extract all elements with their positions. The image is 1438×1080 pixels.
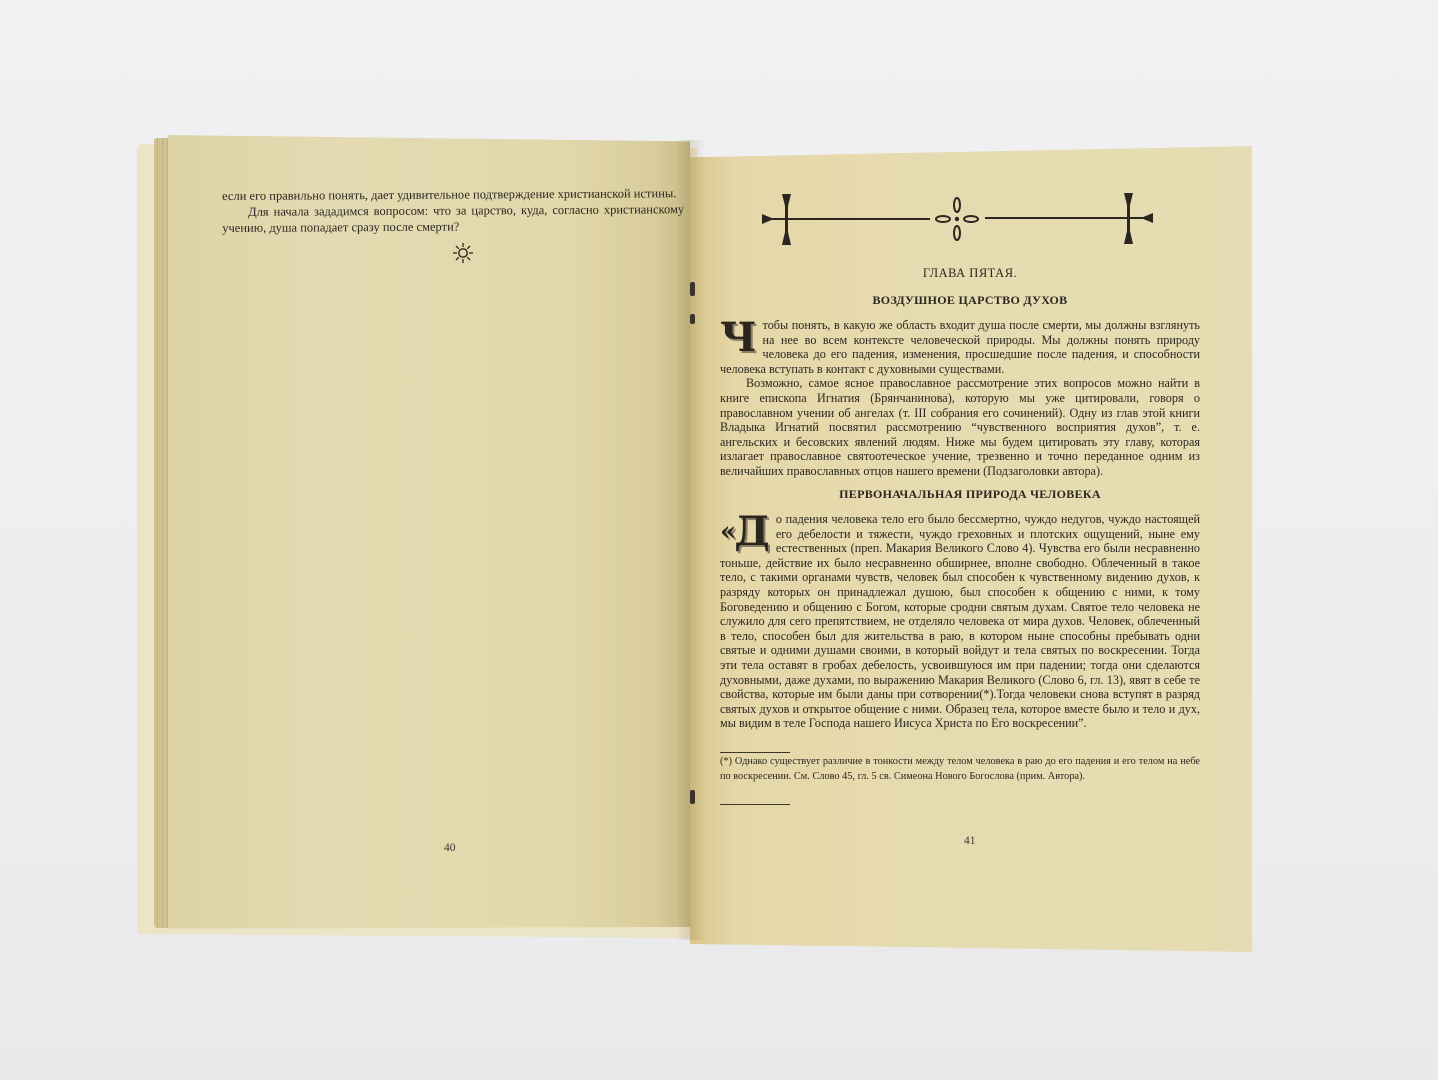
left-paragraph-2: Для начала зададимся вопросом: что за ца… bbox=[222, 201, 684, 236]
gutter-shadow bbox=[676, 140, 706, 940]
quote-block: «Д о падения человека тело его было бесс… bbox=[720, 512, 1200, 731]
cross-divider-ornament bbox=[760, 192, 1155, 252]
dropcap-d: «Д bbox=[720, 513, 770, 551]
quote-text: о падения человека тело его было бессмер… bbox=[720, 512, 1200, 730]
left-page-number: 40 bbox=[444, 842, 456, 854]
footnote-rule-top bbox=[720, 752, 790, 753]
intro-block: Ч тобы понять, в какую же область входит… bbox=[720, 318, 1200, 479]
section-title: ПЕРВОНАЧАЛЬНАЯ ПРИРОДА ЧЕЛОВЕКА bbox=[720, 487, 1220, 502]
right-page-number: 41 bbox=[964, 835, 976, 847]
dropcap-letter: Д bbox=[734, 508, 770, 555]
left-page-text: если его правильно понять, дает удивител… bbox=[222, 185, 684, 236]
footnote: (*) Однако существует различие в тонкост… bbox=[720, 755, 1200, 784]
staple-bottom bbox=[690, 790, 695, 804]
staple-top-2 bbox=[690, 314, 695, 324]
chapter-label: ГЛАВА ПЯТАЯ. bbox=[720, 266, 1220, 281]
dropcap-ch: Ч bbox=[720, 319, 757, 357]
staple-top bbox=[690, 282, 695, 296]
footnote-rule-bottom bbox=[720, 804, 790, 805]
open-booklet: если его правильно понять, дает удивител… bbox=[0, 0, 1438, 1080]
intro-paragraph-2: Возможно, самое ясное православное рассм… bbox=[720, 376, 1200, 478]
chapter-title: ВОЗДУШНОЕ ЦАРСТВО ДУХОВ bbox=[720, 293, 1220, 308]
left-page bbox=[168, 135, 690, 935]
intro-paragraph-1: тобы понять, в какую же область входит д… bbox=[720, 318, 1200, 376]
sun-icon bbox=[452, 242, 474, 264]
